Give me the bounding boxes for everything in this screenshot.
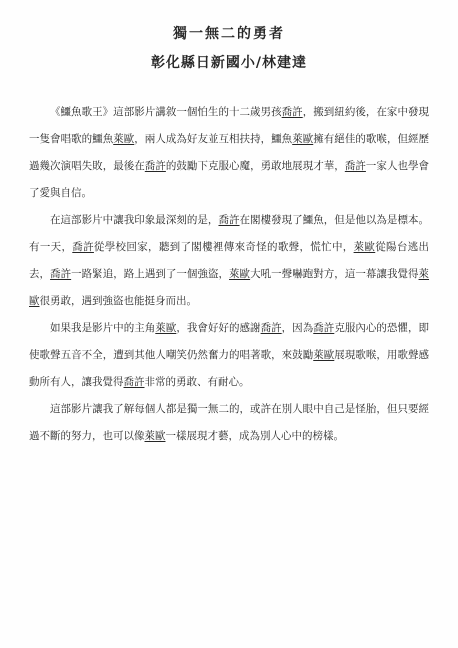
paragraph: 在這部影片中讓我印象最深刻的是，喬許在閣樓發現了鱷魚，但是他以為是標本。有一天，… xyxy=(29,207,429,315)
character-name: 萊歐 xyxy=(354,241,376,253)
character-name: 萊歐 xyxy=(155,322,176,334)
character-name: 喬許 xyxy=(72,241,94,253)
character-name: 喬許 xyxy=(124,376,145,388)
character-name: 萊歐 xyxy=(292,133,313,145)
character-name: 喬許 xyxy=(261,322,282,334)
text-run: 非常的勇敢、有耐心。 xyxy=(145,376,250,388)
paragraph: 如果我是影片中的主角萊歐，我會好好的感謝喬許，因為喬許克服內心的恐懼，即使歌聲五… xyxy=(29,315,429,396)
character-name: 喬許 xyxy=(313,322,334,334)
character-name: 萊歐 xyxy=(145,430,166,442)
text-run: ，我會好好的感謝 xyxy=(176,322,260,334)
document-page: 獨一無二的勇者 彰化縣日新國小/林建達 《鱷魚歌王》這部影片講敘一個怕生的十二歲… xyxy=(0,0,458,648)
character-name: 萊歐 xyxy=(313,349,334,361)
text-run: 很勇敢，遇到強盜也能挺身而出。 xyxy=(40,295,198,307)
text-run: 的鼓勵下克服心魔，勇敢地展現才華， xyxy=(166,160,345,172)
character-name: 喬許 xyxy=(218,214,239,226)
text-run: 一路緊追，路上遇到了一個強盜， xyxy=(71,268,229,280)
text-run: ，因為 xyxy=(282,322,314,334)
character-name: 喬許 xyxy=(282,106,303,118)
character-name: 喬許 xyxy=(50,268,71,280)
paragraph: 這部影片讓我了解每個人都是獨一無二的，或許在別人眼中自己是怪胎，但只要經過不斷的… xyxy=(29,396,429,450)
text-run: 如果我是影片中的主角 xyxy=(50,322,155,334)
text-run: ，兩人成為好友並互相扶持，鱷魚 xyxy=(134,133,292,145)
page-title: 獨一無二的勇者 xyxy=(0,0,458,42)
character-name: 喬許 xyxy=(345,160,366,172)
text-run: 《鱷魚歌王》這部影片講敘一個怕生的十二歲男孩 xyxy=(50,106,282,118)
character-name: 萊歐 xyxy=(113,133,134,145)
text-run: 從學校回家，聽到了閣樓裡傳來奇怪的歌聲，慌忙中， xyxy=(94,241,354,253)
paragraph: 《鱷魚歌王》這部影片講敘一個怕生的十二歲男孩喬許，搬到紐約後，在家中發現一隻會唱… xyxy=(29,99,429,207)
text-run: 在這部影片中讓我印象最深刻的是， xyxy=(50,214,218,226)
essay-body: 《鱷魚歌王》這部影片講敘一個怕生的十二歲男孩喬許，搬到紐約後，在家中發現一隻會唱… xyxy=(29,99,429,450)
text-run: 一樣展現才藝，成為別人心中的榜樣。 xyxy=(166,430,345,442)
character-name: 喬許 xyxy=(145,160,166,172)
text-run: 大吼一聲嚇跑對方，這一幕讓我覺得 xyxy=(250,268,418,280)
byline: 彰化縣日新國小/林建達 xyxy=(0,55,458,71)
character-name: 萊歐 xyxy=(229,268,250,280)
